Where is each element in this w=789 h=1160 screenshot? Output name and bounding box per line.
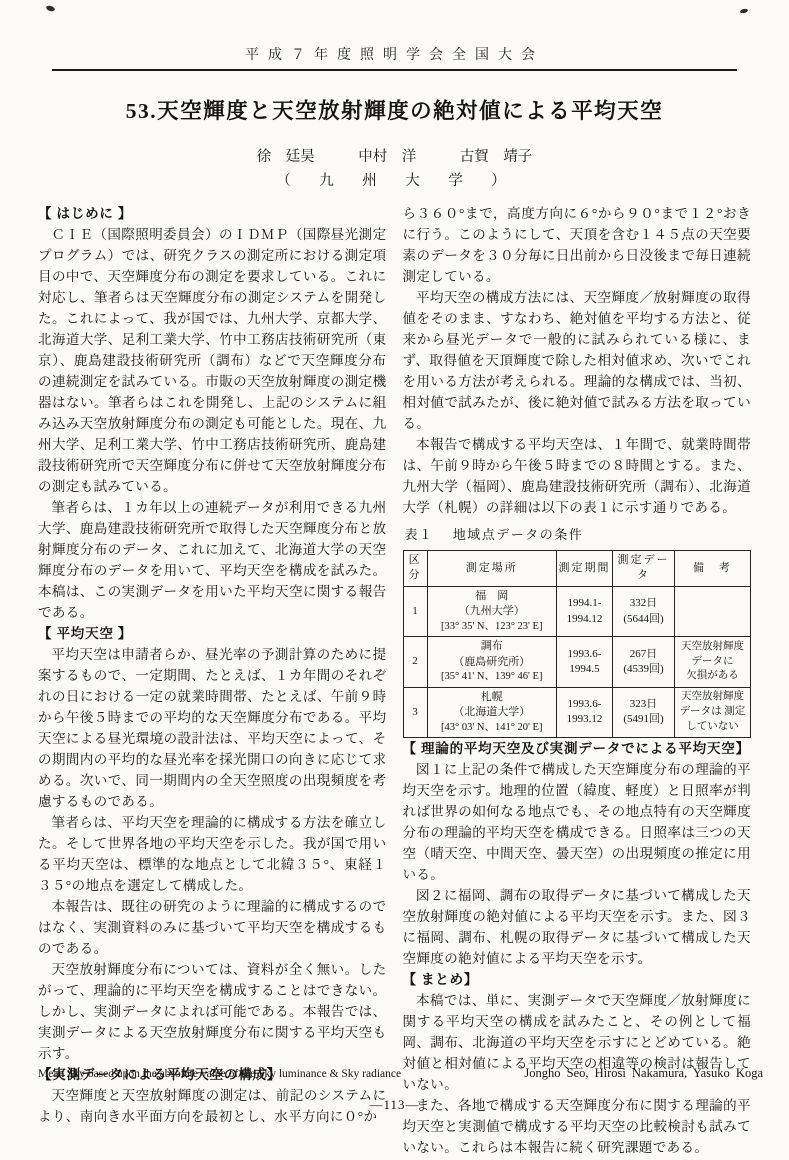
cell-no: 3 bbox=[403, 687, 427, 737]
english-title-footnote: Mean Sky based upon the absolute value o… bbox=[38, 1068, 401, 1080]
table1-header-row: 区分測定場所測定期間測定データ備 考 bbox=[403, 551, 751, 587]
paragraph: 筆者らは、平均天空を理論的に構成する方法を確立した。そして世界各地の平均天空を示… bbox=[38, 812, 387, 896]
cell-line: 1993.6- bbox=[558, 647, 611, 662]
cell-line: 1993.12 bbox=[558, 712, 611, 727]
left-column: 【 はじめに 】ＣＩＥ（国際照明委員会）のＩＤＭＰ（国際昼光測定プログラム）では… bbox=[38, 203, 387, 1158]
right-column: ら３６０°まで，高度方向に６°から９０°まで１２°おきに行う。このようにして、天… bbox=[403, 203, 752, 1158]
cell-line: 1994.5 bbox=[558, 662, 611, 677]
paper-page: { "header": { "conference": "平成７年度照明学会全国… bbox=[0, 0, 789, 1160]
paragraph: 本報告で構成する平均天空は、１年間で、就業時間帯は、午前９時から午後５時までの８… bbox=[403, 434, 752, 518]
table-row: 2調布（鹿島研究所）[35° 41' N、139° 46' E]1993.6-1… bbox=[403, 637, 751, 687]
cell-no: 2 bbox=[403, 637, 427, 687]
cell-line: していない bbox=[676, 720, 749, 735]
page-number: —113— bbox=[0, 1097, 789, 1113]
table1-caption: 表１ 地域点データの条件 bbox=[405, 524, 752, 545]
cell-line: 323日 bbox=[614, 697, 673, 712]
cell-no: 1 bbox=[403, 586, 427, 636]
section-heading: 【 はじめに 】 bbox=[38, 203, 387, 224]
cell-note: 天空放射輝度データは 測定していない bbox=[675, 687, 751, 737]
cell-line: (4539回) bbox=[614, 662, 673, 677]
paragraph: 平均天空の構成方法には、天空輝度／放射輝度の取得値をそのまま、すなわち、絶対値を… bbox=[403, 287, 752, 434]
cell-line: (5491回) bbox=[614, 712, 673, 727]
paper-title: 53.天空輝度と天空放射輝度の絶対値による平均天空 bbox=[0, 94, 789, 125]
cell-line: 332日 bbox=[614, 596, 673, 611]
column-header: 測定データ bbox=[613, 551, 675, 587]
cell-data: 332日(5644回) bbox=[613, 586, 675, 636]
cell-line: 天空放射輝度 bbox=[676, 690, 749, 705]
cell-line: データに bbox=[676, 655, 749, 670]
cell-note: 天空放射輝度データに欠損がある bbox=[675, 637, 751, 687]
table1: 区分測定場所測定期間測定データ備 考1福 岡（九州大学）[33° 35' N、1… bbox=[403, 550, 752, 738]
paragraph: 筆者らは、１カ年以上の連続データが利用できる九州大学、鹿島建設技術研究所で取得し… bbox=[38, 497, 387, 623]
cell-period: 1993.6-1993.12 bbox=[557, 687, 613, 737]
cell-place: 札幌（北海道大学）[43° 03' N、141° 20' E] bbox=[427, 687, 557, 737]
cell-line: 札幌 bbox=[429, 690, 556, 705]
cell-line: 267日 bbox=[614, 647, 673, 662]
cell-place: 調布（鹿島研究所）[35° 41' N、139° 46' E] bbox=[427, 637, 557, 687]
cell-data: 323日(5491回) bbox=[613, 687, 675, 737]
table-row: 3札幌（北海道大学）[43° 03' N、141° 20' E]1993.6-1… bbox=[403, 687, 751, 737]
english-authors-footnote: Jongho Seo, Hirosi Nakamura, Yasuko Koga bbox=[524, 1066, 763, 1081]
cell-period: 1994.1-1994.12 bbox=[557, 586, 613, 636]
cell-line: 福 岡 bbox=[429, 589, 556, 604]
column-header: 測定期間 bbox=[557, 551, 613, 587]
paragraph: ＣＩＥ（国際照明委員会）のＩＤＭＰ（国際昼光測定プログラム）では、研究クラスの測… bbox=[38, 224, 387, 497]
cell-line: （九州大学） bbox=[429, 604, 556, 619]
affiliation-line: （ 九 州 大 学 ） bbox=[0, 169, 789, 190]
column-header: 区分 bbox=[403, 551, 427, 587]
cell-line: 欠損がある bbox=[676, 669, 749, 684]
paragraph: 平均天空は申請者らか、昼光率の予測計算のために提案するもので、一定期間、たとえば… bbox=[38, 644, 387, 812]
cell-line: 1993.6- bbox=[558, 697, 611, 712]
authors-line: 徐 廷昊 中村 洋 古賀 靖子 bbox=[0, 145, 789, 166]
table-row: 1福 岡（九州大学）[33° 35' N、123° 23' E]1994.1-1… bbox=[403, 586, 751, 636]
header-rule bbox=[52, 69, 737, 71]
paragraph: 天空放射輝度分布については、資料が全く無い。したがって、理論的に平均天空を構成す… bbox=[38, 959, 387, 1064]
section-heading: 【 理論的平均天空及び実測データでによる平均天空】 bbox=[403, 738, 752, 759]
cell-place: 福 岡（九州大学）[33° 35' N、123° 23' E] bbox=[427, 586, 557, 636]
cell-note bbox=[675, 586, 751, 636]
column-header: 備 考 bbox=[675, 551, 751, 587]
section-heading: 【 まとめ】 bbox=[403, 969, 752, 990]
paragraph: 図２に福岡、調布の取得データに基づいて構成した天空放射輝度の絶対値による平均天空… bbox=[403, 885, 752, 969]
cell-line: 1994.12 bbox=[558, 612, 611, 627]
cell-line: （鹿島研究所） bbox=[429, 655, 556, 670]
column-header: 測定場所 bbox=[427, 551, 557, 587]
cell-line: （北海道大学） bbox=[429, 705, 556, 720]
paragraph: ら３６０°まで，高度方向に６°から９０°まで１２°おきに行う。このようにして、天… bbox=[403, 203, 752, 287]
footnote-row: Mean Sky based upon the absolute value o… bbox=[38, 1066, 763, 1081]
paragraph: 本報告は、既往の研究のように理論的に構成するのではなく、実測資料のみに基づいて平… bbox=[38, 896, 387, 959]
cell-period: 1993.6-1994.5 bbox=[557, 637, 613, 687]
cell-line: [33° 35' N、123° 23' E] bbox=[429, 620, 556, 635]
cell-line: データは 測定 bbox=[676, 705, 749, 720]
cell-line: (5644回) bbox=[614, 612, 673, 627]
paragraph: 図１に上記の条件で構成した天空輝度分布の理論的平均天空を示す。地理的位置（緯度、… bbox=[403, 759, 752, 885]
two-column-body: 【 はじめに 】ＣＩＥ（国際照明委員会）のＩＤＭＰ（国際昼光測定プログラム）では… bbox=[38, 203, 751, 1158]
section-heading: 【 平均天空 】 bbox=[38, 623, 387, 644]
table1-block: 表１ 地域点データの条件区分測定場所測定期間測定データ備 考1福 岡（九州大学）… bbox=[403, 524, 752, 738]
cell-line: 天空放射輝度 bbox=[676, 640, 749, 655]
cell-line: [35° 41' N、139° 46' E] bbox=[429, 670, 556, 685]
cell-line: 調布 bbox=[429, 639, 556, 654]
cell-line: [43° 03' N、141° 20' E] bbox=[429, 721, 556, 736]
cell-data: 267日(4539回) bbox=[613, 637, 675, 687]
conference-header: 平成７年度照明学会全国大会 bbox=[0, 0, 789, 64]
cell-line: 1994.1- bbox=[558, 596, 611, 611]
